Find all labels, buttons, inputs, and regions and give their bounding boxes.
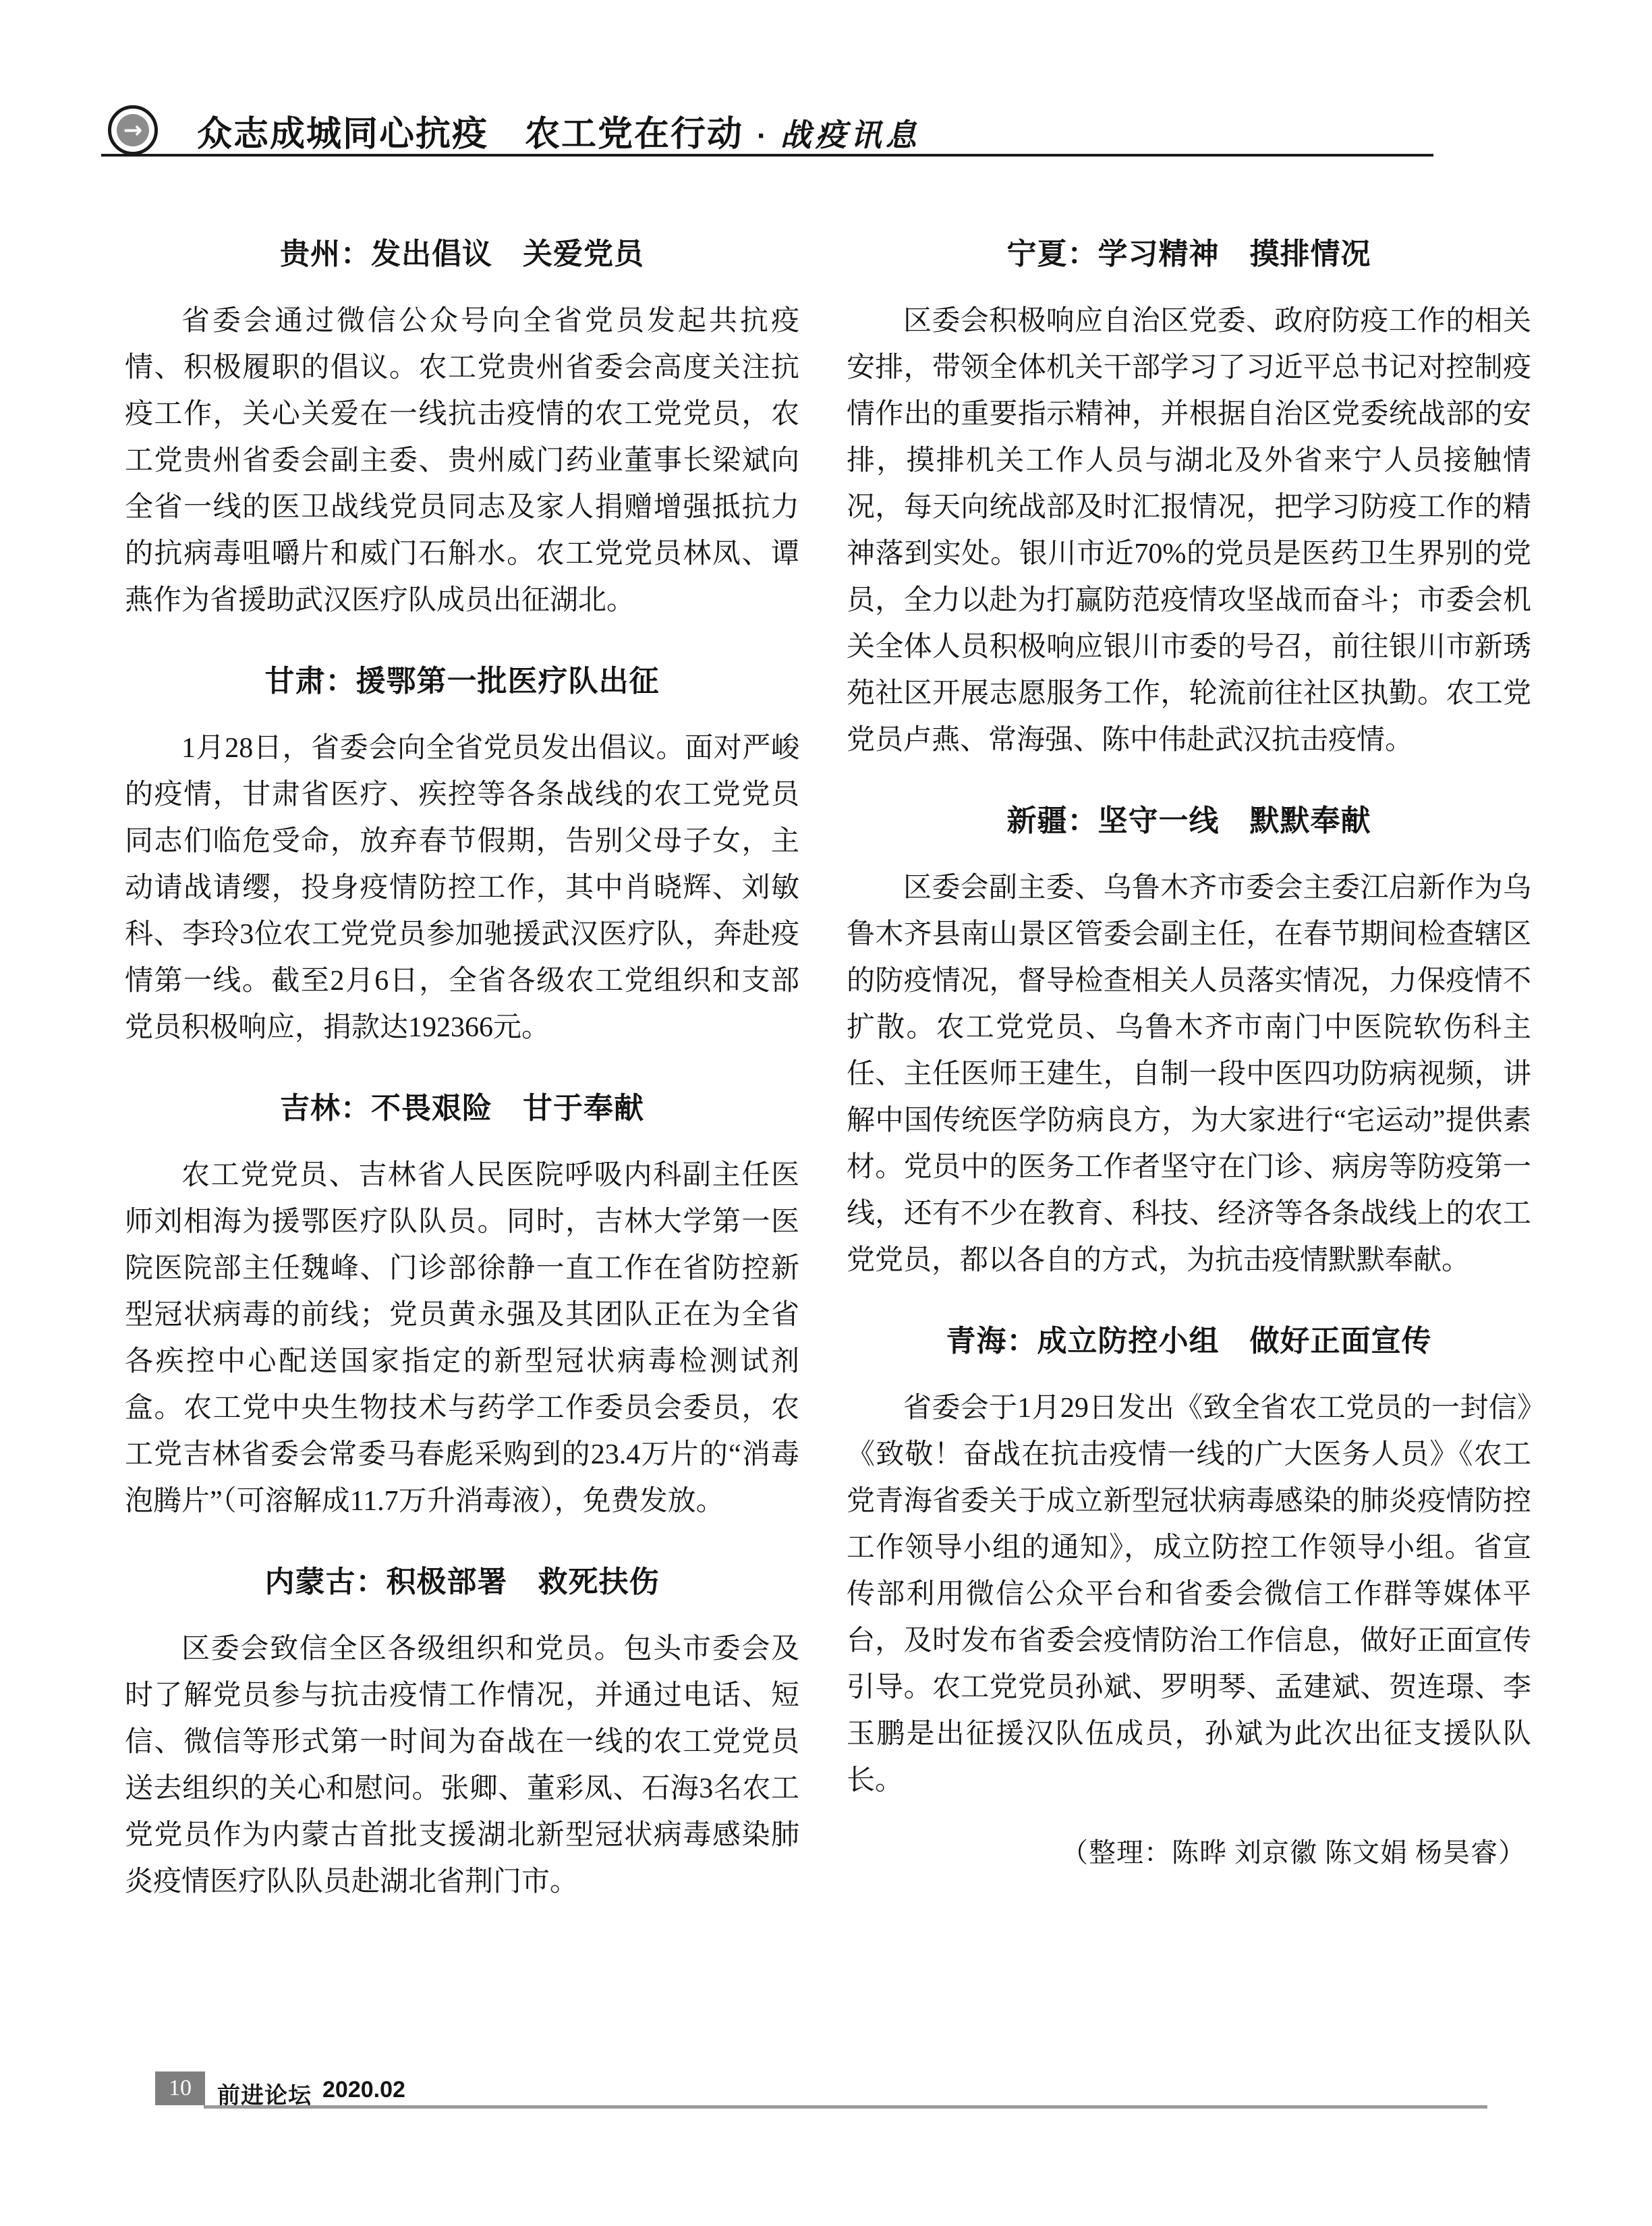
header-divider: [101, 154, 1433, 157]
footer-page-number: 10: [155, 2071, 205, 2105]
section-body-qinghai: 省委会于1月29日发出《致全省农工党员的一封信》《致敬！奋战在抗击疫情一线的广大…: [847, 1385, 1531, 1804]
section-heading-gansu: 甘肃：援鄂第一批医疗队出征: [125, 657, 799, 700]
editors-attribution: （整理：陈晔 刘京徽 陈文娟 杨昊睿）: [847, 1831, 1531, 1870]
section-heading-neimenggu: 内蒙古：积极部署 救死扶伤: [125, 1557, 799, 1601]
section-body-ningxia: 区委会积极响应自治区党委、政府防疫工作的相关安排，带领全体机关干部学习了习近平总…: [847, 298, 1531, 764]
header-title-separator: ·: [757, 119, 767, 153]
page-header: 众志成城同心抗疫 农工党在行动 · 战疫讯息: [197, 105, 921, 156]
magazine-page: → 众志成城同心抗疫 农工党在行动 · 战疫讯息 贵州：发出倡议 关爱党员 省委…: [0, 0, 1652, 2226]
arrow-right-glyph: →: [117, 114, 149, 146]
section-qinghai: 青海：成立防控小组 做好正面宣传 省委会于1月29日发出《致全省农工党员的一封信…: [847, 1316, 1531, 1804]
content-columns: 贵州：发出倡议 关爱党员 省委会通过微信公众号向全省党员发起共抗疫情、积极履职的…: [125, 197, 1531, 1905]
footer-divider: [204, 2105, 1487, 2109]
arrow-right-circle-icon: →: [108, 105, 158, 155]
section-body-jilin: 农工党党员、吉林省人民医院呼吸内科副主任医师刘相海为援鄂医疗队队员。同时，吉林大…: [125, 1152, 799, 1525]
section-body-xinjiang: 区委会副主委、乌鲁木齐市委会主委江启新作为乌鲁木齐县南山景区管委会副主任，在春节…: [847, 865, 1531, 1284]
section-xinjiang: 新疆：坚守一线 默默奉献 区委会副主委、乌鲁木齐市委会主委江启新作为乌鲁木齐县南…: [847, 796, 1531, 1284]
section-jilin: 吉林：不畏艰险 甘于奉献 农工党党员、吉林省人民医院呼吸内科副主任医师刘相海为援…: [125, 1084, 799, 1525]
section-body-gansu: 1月28日，省委会向全省党员发出倡议。面对严峻的疫情，甘肃省医疗、疾控等各条战线…: [125, 725, 799, 1051]
section-heading-guizhou: 贵州：发出倡议 关爱党员: [125, 229, 799, 273]
header-title-script: 战疫讯息: [780, 111, 921, 155]
section-neimenggu: 内蒙古：积极部署 救死扶伤 区委会致信全区各级组织和党员。包头市委会及时了解党员…: [125, 1557, 799, 1905]
section-heading-jilin: 吉林：不畏艰险 甘于奉献: [125, 1084, 799, 1127]
section-heading-qinghai: 青海：成立防控小组 做好正面宣传: [847, 1316, 1531, 1360]
column-left: 贵州：发出倡议 关爱党员 省委会通过微信公众号向全省党员发起共抗疫情、积极履职的…: [125, 197, 799, 1905]
section-ningxia: 宁夏：学习精神 摸排情况 区委会积极响应自治区党委、政府防疫工作的相关安排，带领…: [847, 229, 1531, 764]
section-body-guizhou: 省委会通过微信公众号向全省党员发起共抗疫情、积极履职的倡议。农工党贵州省委会高度…: [125, 298, 799, 624]
section-heading-ningxia: 宁夏：学习精神 摸排情况: [847, 229, 1531, 273]
footer-issue: 2020.02: [322, 2077, 405, 2103]
column-right: 宁夏：学习精神 摸排情况 区委会积极响应自治区党委、政府防疫工作的相关安排，带领…: [847, 197, 1531, 1905]
section-gansu: 甘肃：援鄂第一批医疗队出征 1月28日，省委会向全省党员发出倡议。面对严峻的疫情…: [125, 657, 799, 1051]
section-guizhou: 贵州：发出倡议 关爱党员 省委会通过微信公众号向全省党员发起共抗疫情、积极履职的…: [125, 229, 799, 624]
section-body-neimenggu: 区委会致信全区各级组织和党员。包头市委会及时了解党员参与抗击疫情工作情况，并通过…: [125, 1626, 799, 1905]
header-title-main: 众志成城同心抗疫 农工党在行动: [197, 105, 743, 156]
section-heading-xinjiang: 新疆：坚守一线 默默奉献: [847, 796, 1531, 839]
